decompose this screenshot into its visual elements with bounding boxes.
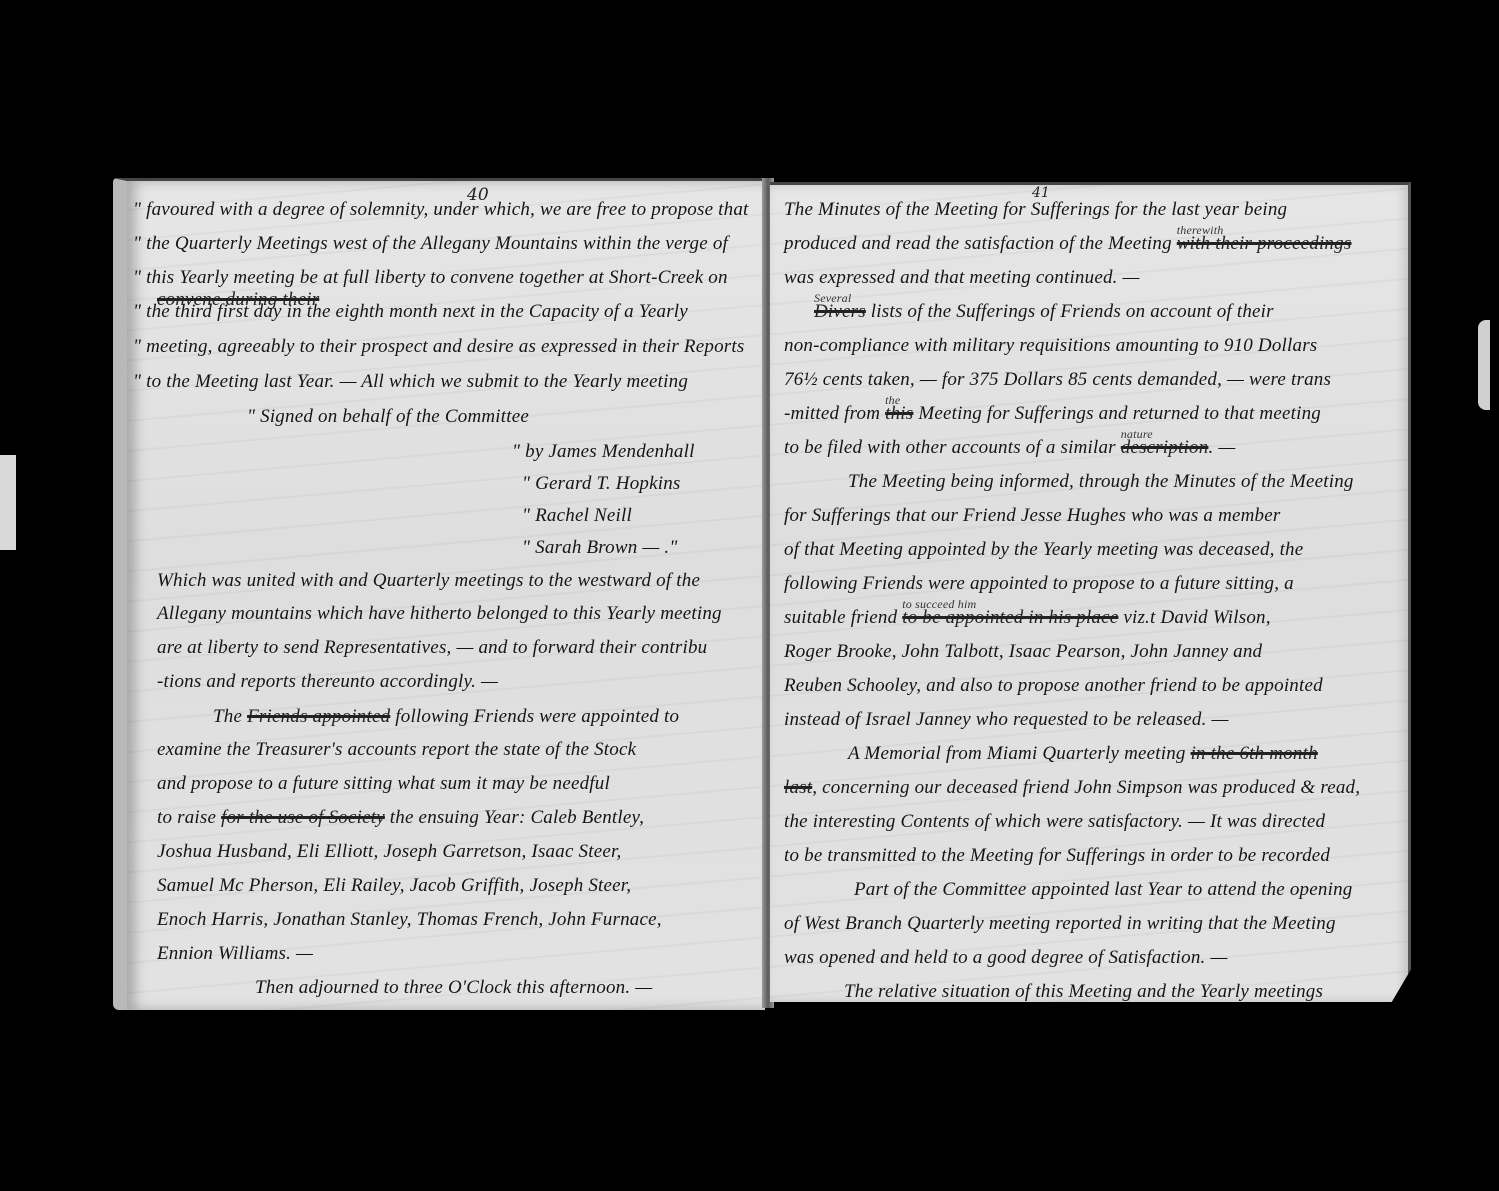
manuscript-line: was opened and held to a good degree of … [784, 947, 1228, 969]
interlinear-insertion: nature [1121, 423, 1153, 445]
manuscript-line: 76½ cents taken, — for 375 Dollars 85 ce… [784, 369, 1331, 391]
manuscript-line: A Memorial from Miami Quarterly meeting … [848, 743, 1318, 765]
manuscript-line: Joshua Husband, Eli Elliott, Joseph Garr… [157, 841, 621, 863]
manuscript-line: Which was united with and Quarterly meet… [157, 570, 700, 592]
manuscript-line: " meeting, agreeably to their prospect a… [133, 336, 744, 358]
line-text: " Gerard T. Hopkins [522, 473, 681, 494]
interlinear-insertion: the [885, 389, 900, 411]
struck-through-text: for the use of Society [221, 807, 385, 828]
manuscript-line: Part of the Committee appointed last Yea… [854, 879, 1352, 901]
line-text: was expressed and that meeting continued… [784, 267, 1140, 288]
line-text: Allegany mountains which have hitherto b… [157, 603, 722, 624]
manuscript-line: instead of Israel Janney who requested t… [784, 709, 1229, 731]
line-text: Reuben Schooley, and also to propose ano… [784, 675, 1323, 696]
manuscript-line: " by James Mendenhall [512, 441, 695, 463]
correction: in the 6th month [1191, 743, 1318, 765]
line-text: Roger Brooke, John Talbott, Isaac Pearso… [784, 641, 1262, 662]
line-text: to be filed with other accounts of a sim… [784, 437, 1121, 458]
line-text: " this Yearly meeting be at full liberty… [133, 267, 728, 288]
line-text: viz.t David Wilson, [1118, 607, 1270, 628]
line-text: . — [1208, 437, 1235, 458]
left-page: 40 " favoured with a degree of solemnity… [113, 178, 765, 1010]
manuscript-line: " favoured with a degree of solemnity, u… [133, 199, 749, 221]
line-text: Meeting for Sufferings and returned to t… [913, 403, 1321, 424]
line-text: Joshua Husband, Eli Elliott, Joseph Garr… [157, 841, 621, 862]
line-text: to raise [157, 807, 221, 828]
correction: thethis [885, 403, 913, 425]
manuscript-line: " this Yearly meeting be at full liberty… [133, 267, 728, 289]
correction: naturedescription [1121, 437, 1209, 459]
line-text: The Meeting being informed, through the … [848, 471, 1354, 492]
manuscript-line: The Meeting being informed, through the … [848, 471, 1354, 493]
manuscript-line: " Gerard T. Hopkins [522, 473, 681, 495]
line-text: " by James Mendenhall [512, 441, 695, 462]
line-text: " Signed on behalf of the Committee [247, 406, 529, 427]
interlinear-insertion: to succeed him [902, 593, 976, 615]
line-text: and propose to a future sitting what sum… [157, 773, 610, 794]
manuscript-line: " the third first day in the eighth mont… [133, 301, 688, 323]
manuscript-line: suitable friend to succeed himto be appo… [784, 607, 1271, 629]
line-text: of that Meeting appointed by the Yearly … [784, 539, 1303, 560]
struck-through-text: last [784, 777, 812, 798]
manuscript-line: The relative situation of this Meeting a… [844, 981, 1323, 1002]
interlinear-insertion: Several [814, 287, 851, 309]
manuscript-line: to be transmitted to the Meeting for Suf… [784, 845, 1330, 867]
manuscript-line: the interesting Contents of which were s… [784, 811, 1325, 833]
line-text: Then adjourned to three O'Clock this aft… [255, 977, 652, 998]
manuscript-line: " Rachel Neill [522, 505, 632, 527]
line-text: Ennion Williams. — [157, 943, 313, 964]
line-text: following Friends were appointed to [390, 706, 679, 727]
line-text: " the third first day in the eighth mont… [133, 301, 688, 322]
line-text: examine the Treasurer's accounts report … [157, 739, 636, 760]
correction: SeveralDivers [814, 301, 866, 323]
manuscript-line: " Signed on behalf of the Committee [247, 406, 529, 428]
struck-through-text: in the 6th month [1191, 743, 1318, 764]
manuscript-line: are at liberty to send Representatives, … [157, 637, 707, 659]
line-text: following Friends were appointed to prop… [784, 573, 1294, 594]
manuscript-line: Roger Brooke, John Talbott, Isaac Pearso… [784, 641, 1262, 663]
correction: Friends appointed [247, 706, 390, 728]
manuscript-line: " the Quarterly Meetings west of the All… [133, 233, 728, 255]
line-text: lists of the Sufferings of Friends on ac… [866, 301, 1274, 322]
manuscript-line: examine the Treasurer's accounts report … [157, 739, 636, 761]
manuscript-line: The Friends appointed following Friends … [213, 706, 679, 728]
interlinear-insertion: therewith [1177, 219, 1224, 241]
line-text: " the Quarterly Meetings west of the All… [133, 233, 728, 254]
manuscript-line: of West Branch Quarterly meeting reporte… [784, 913, 1336, 935]
manuscript-line: " Sarah Brown — ." [522, 537, 678, 559]
line-text: Part of the Committee appointed last Yea… [854, 879, 1352, 900]
manuscript-line: of that Meeting appointed by the Yearly … [784, 539, 1303, 561]
manuscript-line: and propose to a future sitting what sum… [157, 773, 610, 795]
line-text: -tions and reports thereunto accordingly… [157, 671, 498, 692]
manuscript-line: The Minutes of the Meeting for Suffering… [784, 199, 1287, 221]
correction: last [784, 777, 812, 799]
manuscript-line: -mitted from thethis Meeting for Sufferi… [784, 403, 1321, 425]
scanned-book-spread: 40 " favoured with a degree of solemnity… [0, 0, 1499, 1191]
scan-edge-tab-right [1478, 320, 1490, 410]
line-text: " Sarah Brown — ." [522, 537, 678, 558]
manuscript-line: to be filed with other accounts of a sim… [784, 437, 1235, 459]
line-text: A Memorial from Miami Quarterly meeting [848, 743, 1191, 764]
right-page: 41 The Minutes of the Meeting for Suffer… [770, 182, 1411, 1002]
manuscript-line: for Sufferings that our Friend Jesse Hug… [784, 505, 1280, 527]
line-text: The [213, 706, 247, 727]
line-text: to be transmitted to the Meeting for Suf… [784, 845, 1330, 866]
line-text: , concerning our deceased friend John Si… [812, 777, 1360, 798]
manuscript-line: Enoch Harris, Jonathan Stanley, Thomas F… [157, 909, 662, 931]
struck-through-text: Friends appointed [247, 706, 390, 727]
line-text: suitable friend [784, 607, 902, 628]
manuscript-line: Reuben Schooley, and also to propose ano… [784, 675, 1323, 697]
line-text: -mitted from [784, 403, 885, 424]
line-text: was opened and held to a good degree of … [784, 947, 1228, 968]
line-text: Samuel Mc Pherson, Eli Railey, Jacob Gri… [157, 875, 631, 896]
line-text: produced and read the satisfaction of th… [784, 233, 1177, 254]
manuscript-line: to raise for the use of Society the ensu… [157, 807, 644, 829]
line-text: non-compliance with military requisition… [784, 335, 1317, 356]
manuscript-line: Samuel Mc Pherson, Eli Railey, Jacob Gri… [157, 875, 631, 897]
manuscript-line: was expressed and that meeting continued… [784, 267, 1140, 289]
manuscript-line: " to the Meeting last Year. — All which … [133, 371, 688, 393]
line-text: " meeting, agreeably to their prospect a… [133, 336, 744, 357]
correction: for the use of Society [221, 807, 385, 829]
manuscript-line: -tions and reports thereunto accordingly… [157, 671, 498, 693]
manuscript-line: following Friends were appointed to prop… [784, 573, 1294, 595]
line-text: are at liberty to send Representatives, … [157, 637, 707, 658]
correction: to succeed himto be appointed in his pla… [902, 607, 1118, 629]
manuscript-line: SeveralDivers lists of the Sufferings of… [814, 301, 1274, 323]
line-text: Enoch Harris, Jonathan Stanley, Thomas F… [157, 909, 662, 930]
line-text: 76½ cents taken, — for 375 Dollars 85 ce… [784, 369, 1331, 390]
line-text: instead of Israel Janney who requested t… [784, 709, 1229, 730]
manuscript-line: produced and read the satisfaction of th… [784, 233, 1351, 255]
line-text: " Rachel Neill [522, 505, 632, 526]
line-text: of West Branch Quarterly meeting reporte… [784, 913, 1336, 934]
line-text: the interesting Contents of which were s… [784, 811, 1325, 832]
manuscript-line: last, concerning our deceased friend Joh… [784, 777, 1360, 799]
manuscript-line: Allegany mountains which have hitherto b… [157, 603, 722, 625]
line-text: The relative situation of this Meeting a… [844, 981, 1323, 1002]
line-text: " favoured with a degree of solemnity, u… [133, 199, 749, 220]
line-text: The Minutes of the Meeting for Suffering… [784, 199, 1287, 220]
manuscript-line: non-compliance with military requisition… [784, 335, 1317, 357]
line-text: the ensuing Year: Caleb Bentley, [385, 807, 644, 828]
manuscript-line: Then adjourned to three O'Clock this aft… [255, 977, 652, 999]
line-text: Which was united with and Quarterly meet… [157, 570, 700, 591]
scan-edge-tab-left [0, 455, 16, 550]
correction: therewithwith their proceedings [1177, 233, 1352, 255]
manuscript-line: Ennion Williams. — [157, 943, 313, 965]
line-text: " to the Meeting last Year. — All which … [133, 371, 688, 392]
line-text: for Sufferings that our Friend Jesse Hug… [784, 505, 1280, 526]
